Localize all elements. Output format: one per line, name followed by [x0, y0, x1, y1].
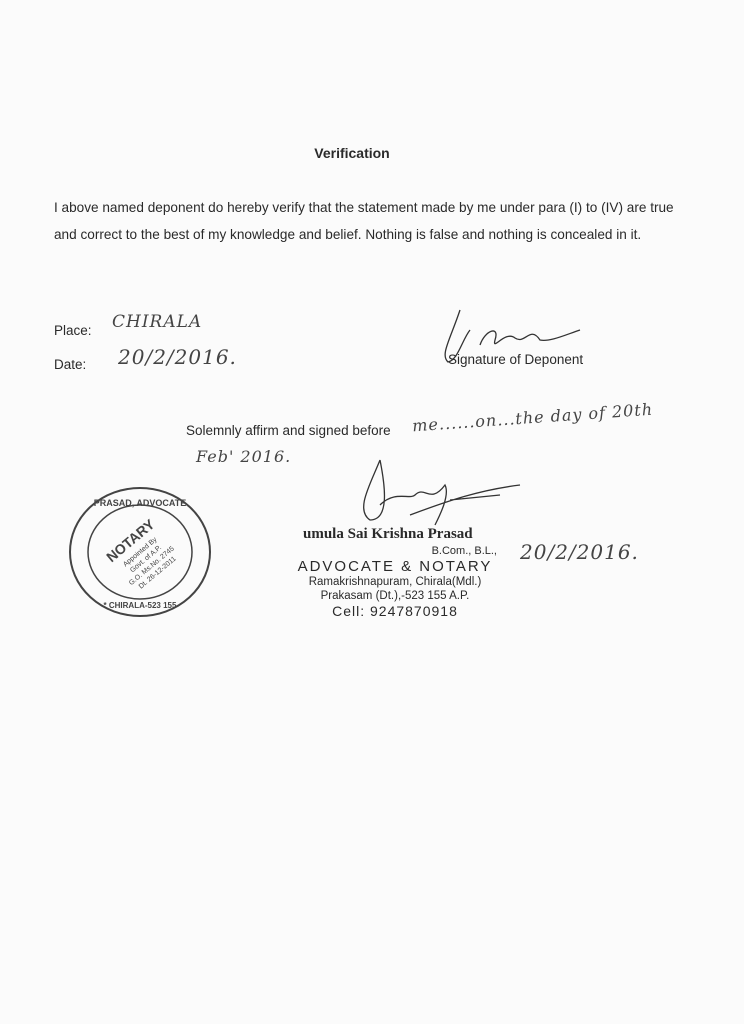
notary-cell: Cell: 9247870918	[285, 603, 505, 619]
svg-text:* CHIRALA-523 155: * CHIRALA-523 155	[104, 601, 177, 610]
notary-handwritten-date: 20/2/2016.	[520, 540, 639, 564]
date-value: 20/2/2016.	[118, 345, 237, 369]
notary-address-2: Prakasam (Dt.),-523 155 A.P.	[285, 589, 505, 603]
document-title: Verification	[0, 145, 704, 161]
notary-address-1: Ramakrishnapuram, Chirala(Mdl.)	[285, 575, 505, 589]
notary-seal-icon: PRASAD, ADVOCATE * CHIRALA-523 155 NOTAR…	[66, 484, 214, 620]
verification-text: I above named deponent do hereby verify …	[54, 194, 674, 248]
date-label: Date:	[54, 357, 86, 372]
notary-title: ADVOCATE & NOTARY	[285, 558, 505, 575]
signature-of-deponent-label: Signature of Deponent	[448, 352, 583, 367]
notary-name: umula Sai Krishna Prasad	[285, 526, 505, 543]
notary-signature	[350, 455, 540, 530]
solemn-handwritten: me......on...the day of 20th	[412, 400, 654, 436]
solemn-handwritten-line2: Feb' 2016.	[196, 447, 291, 466]
svg-text:PRASAD, ADVOCATE: PRASAD, ADVOCATE	[94, 498, 187, 508]
place-label: Place:	[54, 323, 92, 338]
place-value: CHIRALA	[112, 312, 202, 332]
notary-stamp: umula Sai Krishna Prasad B.Com., B.L., A…	[285, 526, 505, 619]
solemn-affirm-text: Solemnly affirm and signed before	[186, 423, 391, 438]
notary-qualifications: B.Com., B.L.,	[285, 545, 505, 557]
